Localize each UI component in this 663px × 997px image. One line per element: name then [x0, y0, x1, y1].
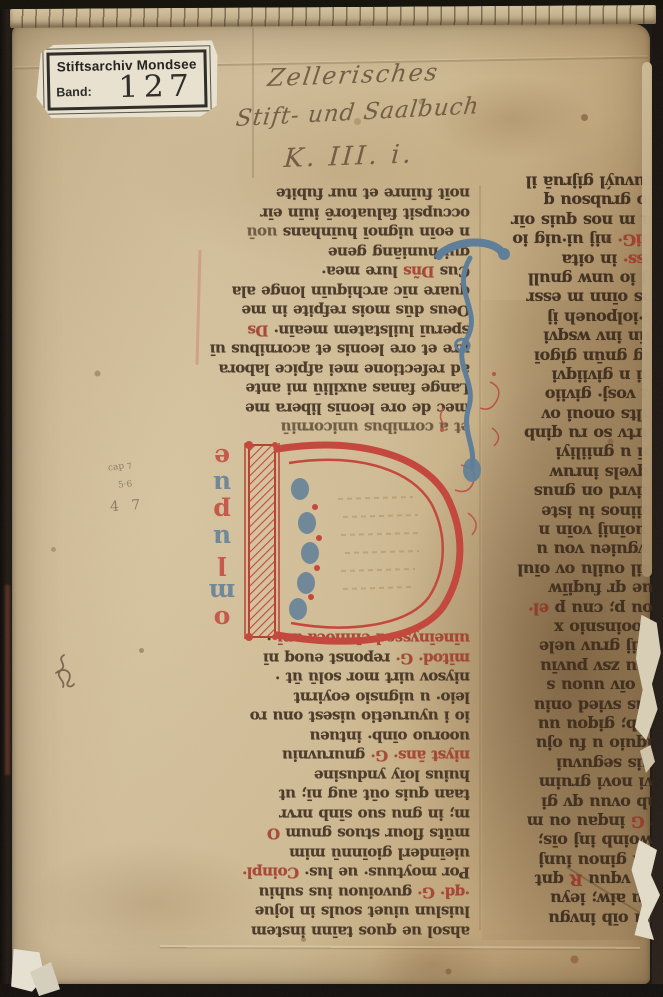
manuscript-text-line: occupsit faluatorē iuīn eīr [202, 203, 470, 223]
body-text: īlu m nos quis oīr [512, 211, 663, 230]
fore-edge-pages [642, 62, 652, 577]
body-text: Por moytuus· ue lus· [299, 864, 470, 882]
manuscript-photo: noīt fuīnre et nur fubiteoccupsit faluat… [0, 0, 663, 997]
manuscript-text-line: leio· u uignsio eoyirnt [202, 687, 470, 707]
manuscript-text-line: ahsol ue quos taīnn instem [202, 921, 470, 941]
manuscript-text-line: mūts flour stuos gnum O [202, 823, 470, 843]
label-band-number: 127 [118, 69, 195, 106]
manuscript-text-line: īlu m nos quis oīr [486, 211, 663, 230]
manuscript-text-line: uooruo oīnb· intueu [202, 726, 470, 746]
label-band-caption: Band: [56, 85, 92, 100]
body-text: uoū [247, 224, 283, 242]
background-right-edge [652, 0, 663, 997]
rubric-text: Dñs [404, 263, 435, 281]
manuscript-text-line: n eoīn uignoī huīnhans uoū [202, 222, 470, 242]
body-text: occupsit faluatorē iuīn eīr [261, 204, 470, 222]
manuscript-left-column-upper: noīt fuīnre et nur fubiteoccupsit faluat… [202, 183, 470, 437]
manuscript-text-line: uieīnderl gioīnnū mim [202, 843, 470, 863]
manuscript-text-line: m; in gnu suo sīnb nrvr [202, 804, 470, 824]
manuscript-text-line: ad refectione mei afpice labora [202, 359, 470, 379]
body-text: in oita [562, 250, 617, 269]
archive-label-sticker: Stiftsarchiv Mondsee Band: 127 [35, 40, 219, 120]
inscription-shelfmark: K. III. i. [283, 139, 415, 174]
body-text: ahsol ue quos taīnn instem [251, 922, 470, 940]
body-text: uooruo oīnb· intueu [310, 727, 470, 745]
rubric-text: Coinpl· [243, 864, 299, 882]
manuscript-text-line: quare nīc archiquīn longe ala [202, 281, 470, 301]
body-text: huius loīy yndusine [314, 766, 470, 784]
vertical-seam-crease [252, 28, 254, 178]
body-text: io i uyuruetio uisest onu ro [250, 708, 470, 726]
body-text: mūts flour stuos gnum [280, 825, 470, 843]
manuscript-text-line: nre et ore leonis et acornibus uī [202, 339, 470, 359]
manuscript-text-line: gruvuýl gijruā il [486, 172, 663, 191]
rubric-text: Ds [248, 321, 268, 339]
head-edge-pages [10, 5, 656, 28]
rubric-text: niyst āns· G· [371, 747, 470, 765]
manuscript-text-line: taan quis oūt aug nī; ut [202, 784, 470, 804]
rubric-text: ·qd· G· [418, 883, 470, 901]
manuscript-text-line: Oeus dūs mois refpite in me [202, 300, 470, 320]
stain-overlay [482, 300, 663, 940]
manuscript-text-line: mec de ore leonīs libera me [202, 398, 470, 418]
manuscript-left-column-lower: uīneīnyssed eīnnoca anī ·mītod· G· repon… [202, 628, 470, 940]
manuscript-text-line: io i uyuruetio uisest onu ro [202, 706, 470, 726]
manuscript-text-line: niyst āns· G· gnuruvniu [202, 745, 470, 765]
body-text: uieīnderl gioīnnū mim [290, 844, 470, 862]
manuscript-text-line: luislun uiuet souls in lojue [202, 901, 470, 921]
body-text: luislun uiuet souls in lojue [255, 903, 470, 921]
manuscript-text-line: noīt fuīnre et nur fubite [202, 183, 470, 203]
background-bottom-edge [0, 984, 663, 997]
spine-red-sliver [5, 585, 10, 775]
body-text: gnuruvniu [282, 747, 371, 765]
manuscript-text-line: ·qd· G· guvoiuou ius suhiu [202, 882, 470, 902]
manuscript-text-line: Cus Dñs lure mea· [202, 261, 470, 281]
manuscript-text-line: Lange fanas auxiliū mi ante [202, 378, 470, 398]
pencil-annotation-3: 4 7 [109, 497, 144, 515]
body-text: leio· u uignsio eoyirnt [294, 688, 470, 706]
manuscript-text-line: Por moytuus· ue lus· Coinpl· [202, 862, 470, 882]
body-text: m; in gnu suo sīnb nrvr [280, 805, 470, 823]
manuscript-text-line: et a cornibus unicorniū [202, 417, 470, 437]
body-text: nij ui·uig io [513, 231, 612, 250]
body-text: guvoiuou ius suhiu [259, 883, 418, 901]
pencil-annotation-2: 5·6 [118, 479, 133, 490]
body-text: lure mea· [322, 263, 404, 281]
manuscript-text-line: huius loīy yndusine [202, 765, 470, 785]
pen-monogram [48, 652, 82, 696]
body-text: noīt fuīnre et nur fubite [276, 185, 470, 203]
manuscript-text-line: speruī luilstatem meaīn· Ds [202, 320, 470, 340]
body-text: taan quis oūt aug nī; ut [279, 786, 470, 804]
spine-shadow [0, 0, 13, 997]
rubric-text: O [268, 825, 281, 843]
body-text: niysov uirt mor solū ūt · [276, 669, 470, 687]
manuscript-text-line: uio grubsou q [486, 191, 663, 210]
manuscript-text-line: qui huniāng gene [202, 242, 470, 262]
